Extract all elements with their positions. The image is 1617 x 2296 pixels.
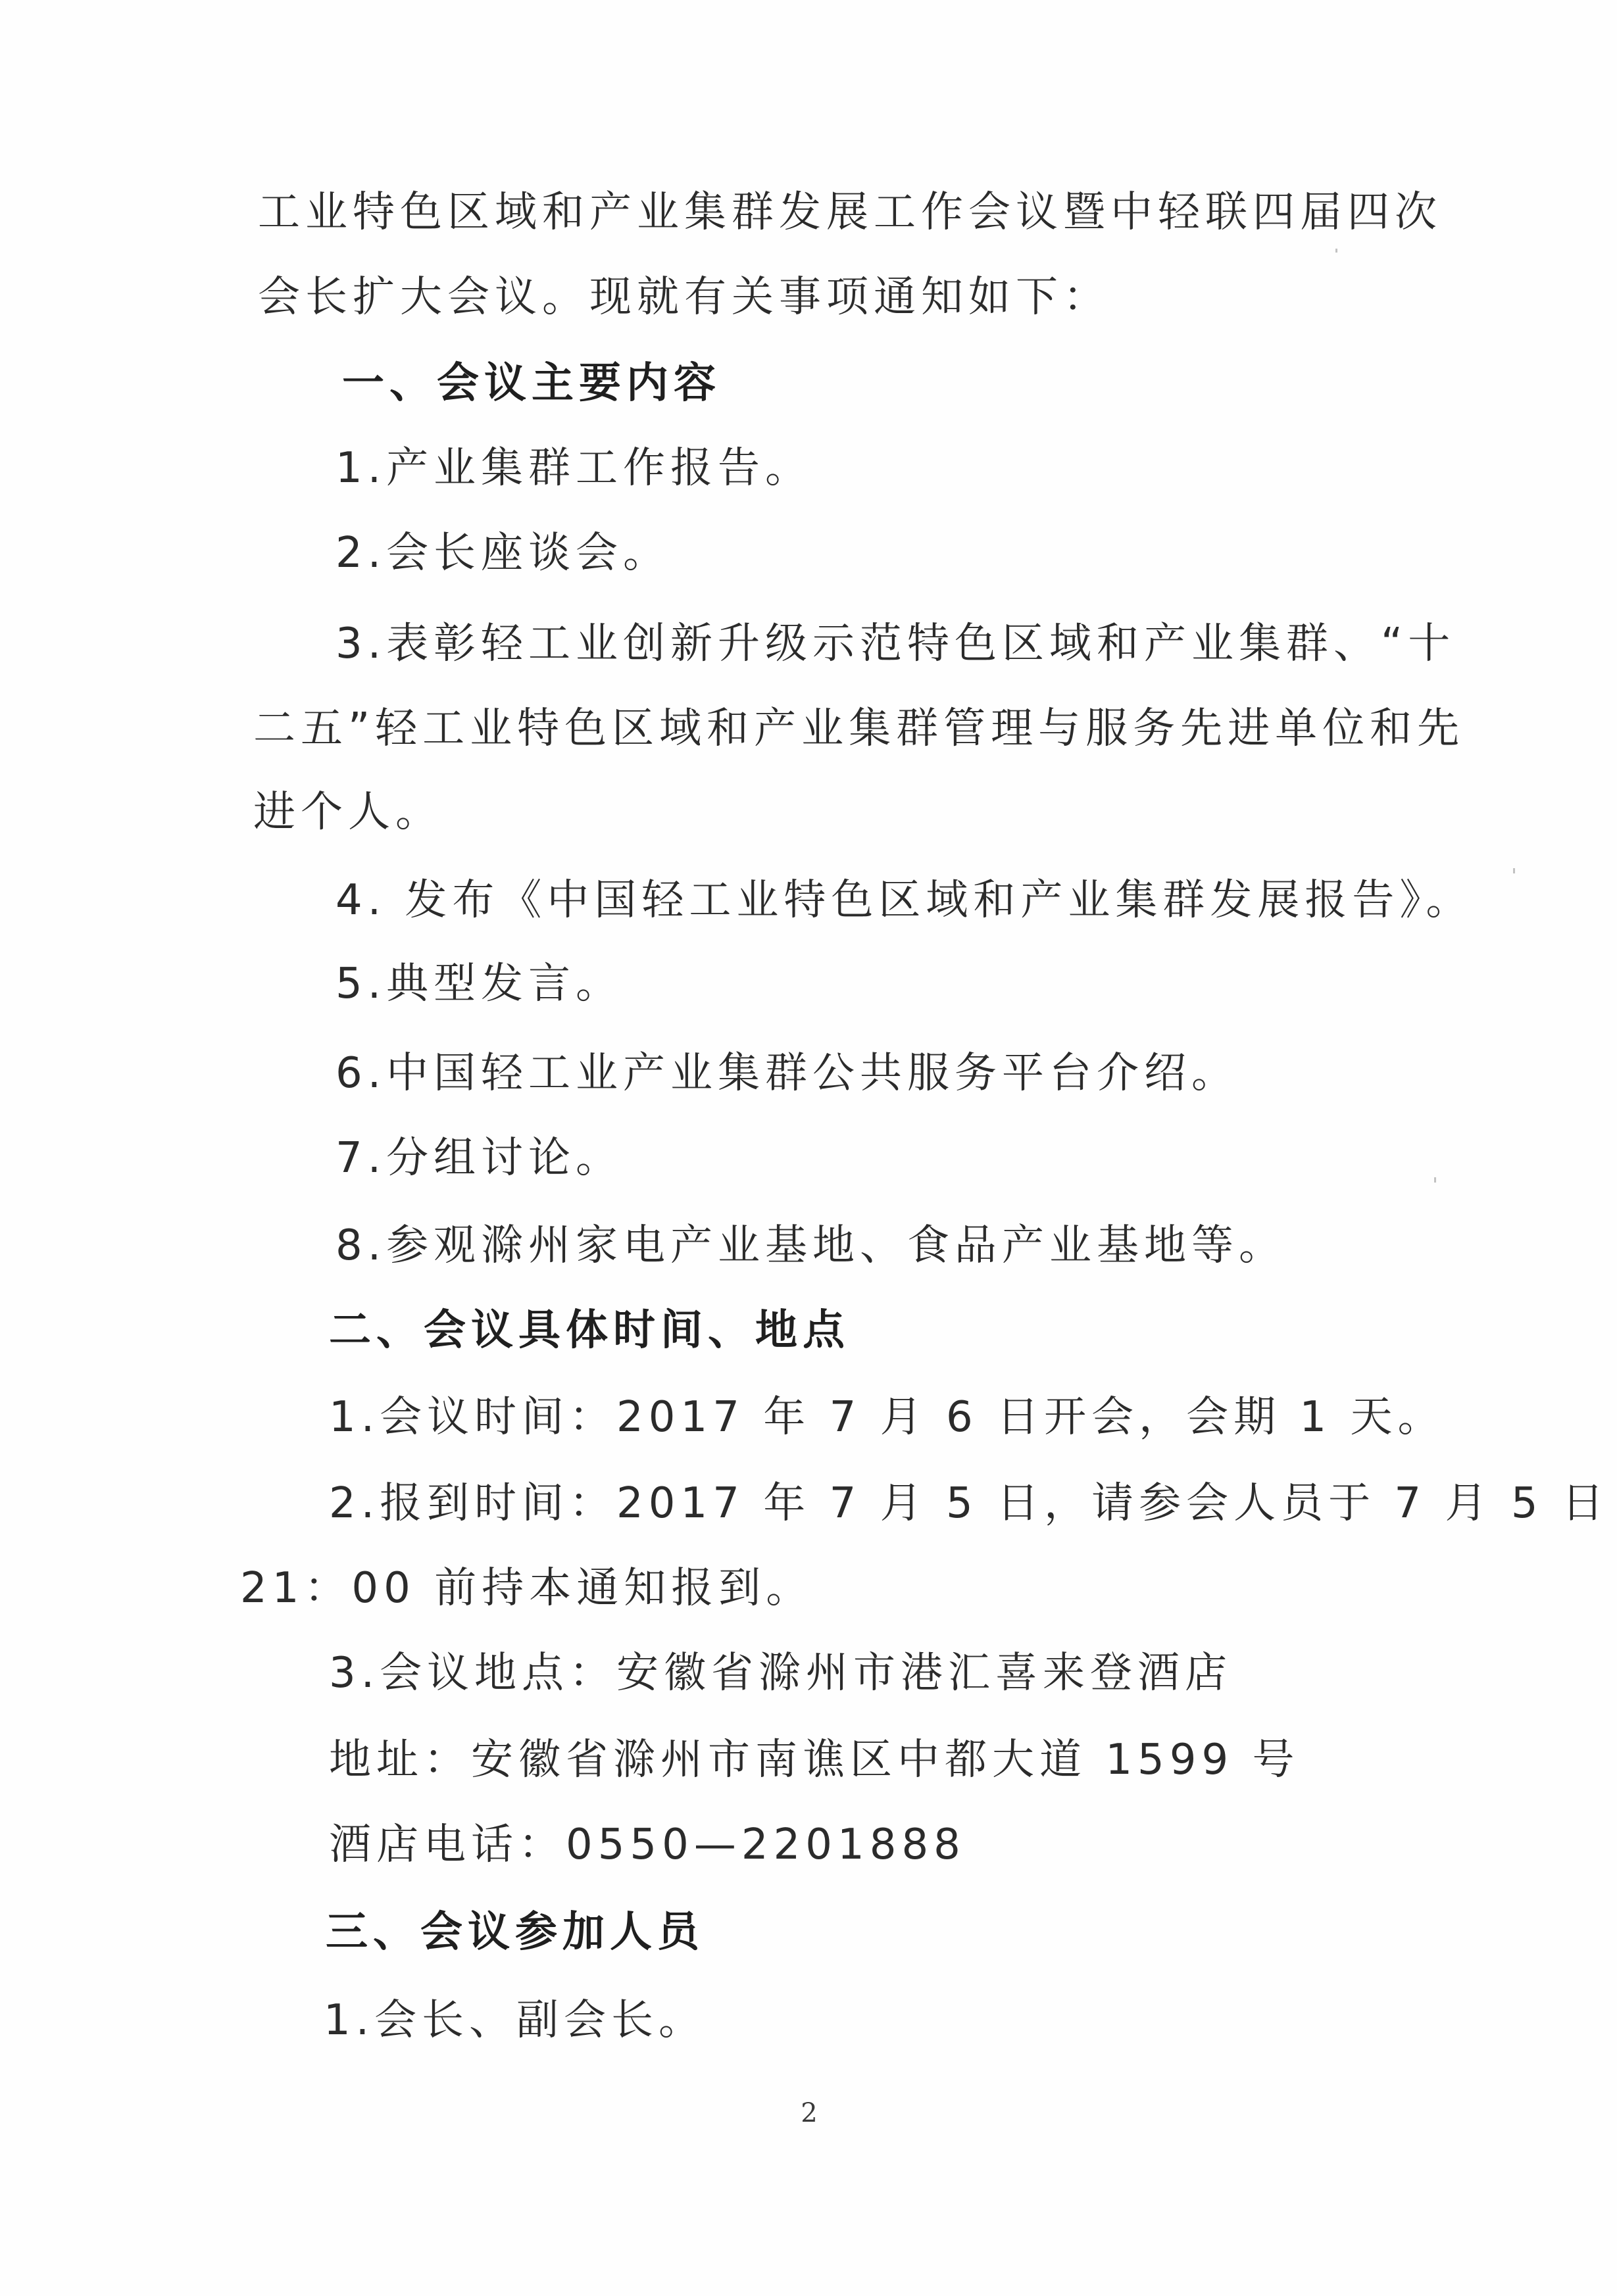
intro-line-1: 工业特色区域和产业集群发展工作会议暨中轻联四届四次 bbox=[258, 186, 1386, 239]
section-heading-time-place: 二、会议具体时间、地点 bbox=[329, 1304, 850, 1357]
document-page: 工业特色区域和产业集群发展工作会议暨中轻联四届四次 会长扩大会议。现就有关事项通… bbox=[0, 0, 1617, 2296]
meeting-time-line: 1.会议时间：2017 年 7 月 6 日开会，会期 1 天。 bbox=[329, 1391, 1445, 1444]
list-item: 4. 发布《中国轻工业特色区域和产业集群发展报告》。 bbox=[336, 874, 1473, 927]
list-item: 7.分组讨论。 bbox=[336, 1132, 623, 1185]
list-item: 8.参观滁州家电产业基地、食品产业基地等。 bbox=[336, 1219, 1286, 1272]
scan-speck bbox=[1513, 868, 1515, 873]
list-item: 1.产业集群工作报告。 bbox=[336, 442, 812, 495]
list-item: 2.会长座谈会。 bbox=[336, 527, 670, 579]
address-line: 地址：安徽省滁州市南谯区中都大道 1599 号 bbox=[329, 1734, 1300, 1786]
section-heading-main-content: 一、会议主要内容 bbox=[342, 357, 721, 410]
section-heading-attendees: 三、会议参加人员 bbox=[326, 1906, 705, 1959]
registration-time-line: 2.报到时间：2017 年 7 月 5 日，请参会人员于 7 月 5 日 bbox=[329, 1477, 1372, 1530]
page-number: 2 bbox=[789, 2098, 829, 2128]
scan-speck bbox=[1335, 249, 1337, 253]
hotel-phone-line: 酒店电话：0550—2201888 bbox=[329, 1819, 966, 1871]
list-item: 6.中国轻工业产业集群公共服务平台介绍。 bbox=[336, 1047, 1239, 1100]
scan-speck bbox=[1434, 1177, 1436, 1183]
list-item: 5.典型发言。 bbox=[336, 958, 623, 1010]
list-item-continuation: 二五”轻工业特色区域和产业集群管理与服务先进单位和先 bbox=[253, 702, 1386, 755]
list-item: 3.表彰轻工业创新升级示范特色区域和产业集群、“十 bbox=[336, 618, 1386, 670]
meeting-venue-line: 3.会议地点：安徽省滁州市港汇喜来登酒店 bbox=[329, 1647, 1232, 1699]
list-item-continuation: 进个人。 bbox=[253, 786, 443, 839]
attendee-line: 1.会长、副会长。 bbox=[324, 1994, 706, 2047]
intro-line-2: 会长扩大会议。现就有关事项通知如下： bbox=[258, 271, 1110, 324]
registration-time-continuation: 21：00 前持本通知报到。 bbox=[240, 1562, 813, 1615]
